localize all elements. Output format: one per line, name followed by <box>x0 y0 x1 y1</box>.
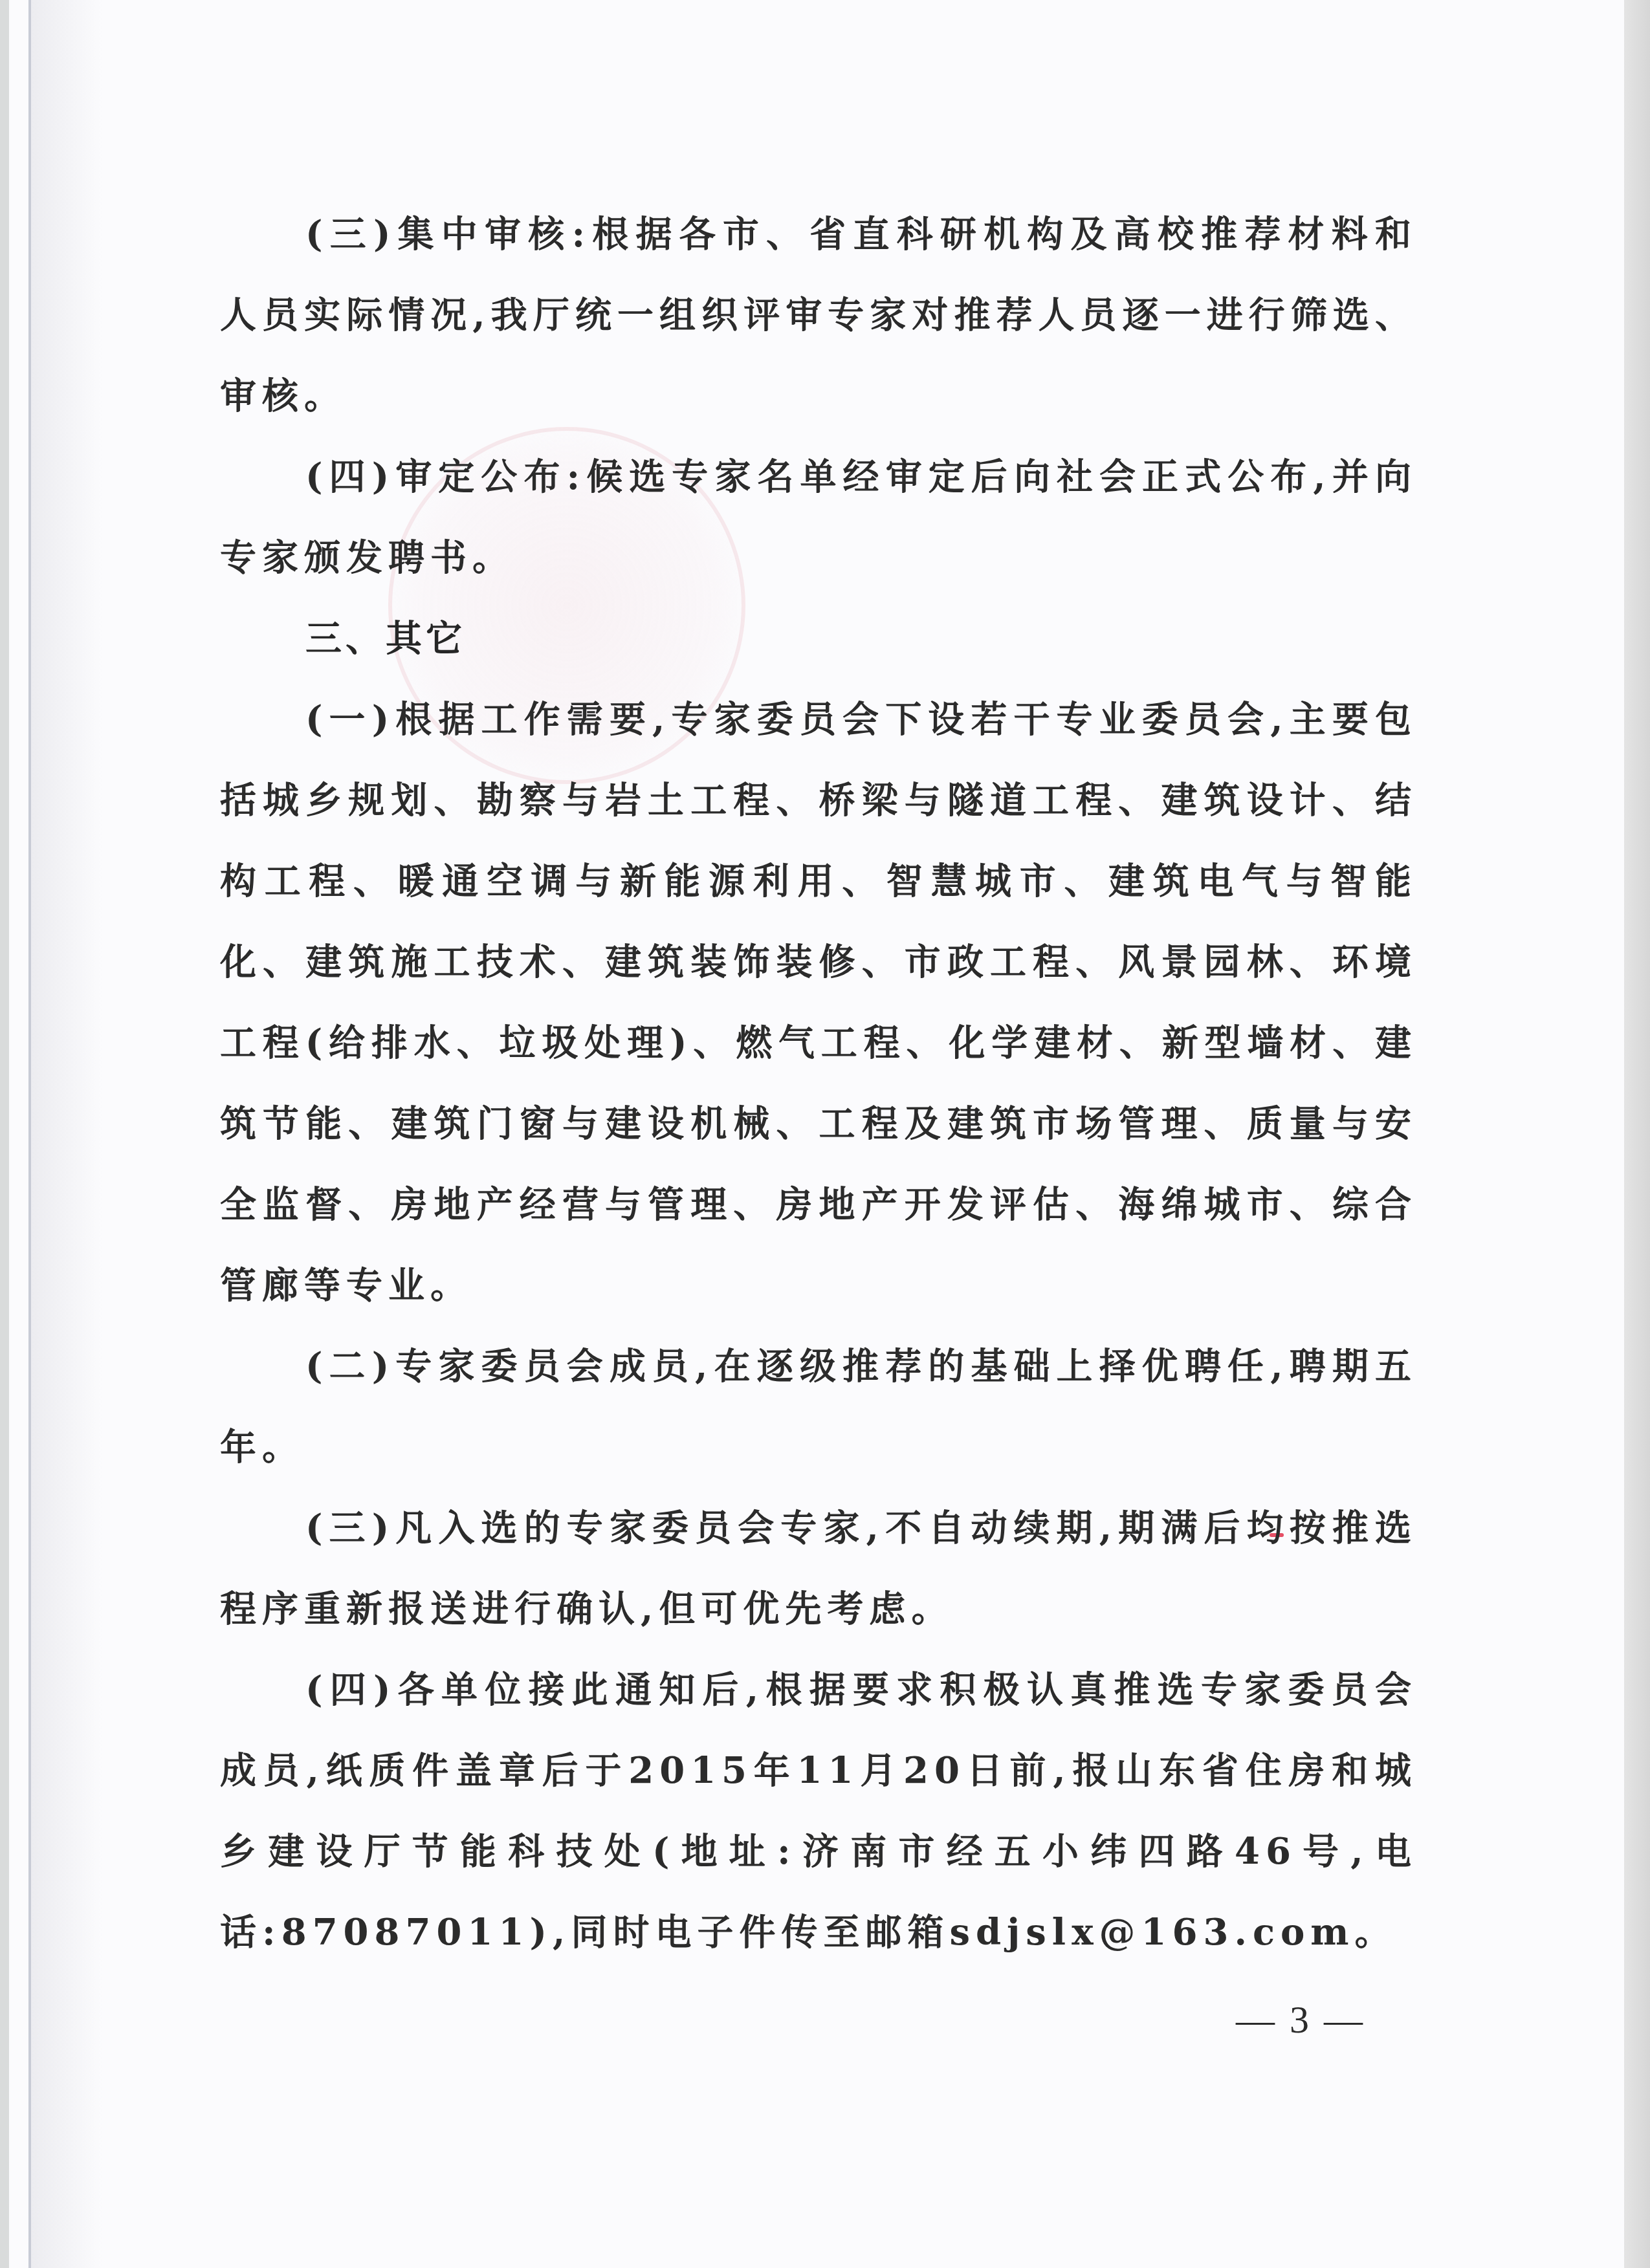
section-heading-other: 三、其它 <box>220 598 1417 679</box>
paragraph-approval-publication: (四)审定公布:候选专家名单经审定后向社会正式公布,并向专家颁发聘书。 <box>220 437 1417 598</box>
paragraph-centralized-review: (三)集中审核:根据各市、省直科研机构及高校推荐材料和人员实际情况,我厅统一组织… <box>220 194 1417 437</box>
page-shadow <box>31 0 102 2268</box>
other-item-submission: (四)各单位接此通知后,根据要求积极认真推选专家委员会成员,纸质件盖章后于201… <box>220 1650 1417 1973</box>
document-body: (三)集中审核:根据各市、省直科研机构及高校推荐材料和人员实际情况,我厅统一组织… <box>220 194 1417 1973</box>
page-number: — 3 — <box>1236 1998 1365 2042</box>
other-item-committees: (一)根据工作需要,专家委员会下设若干专业委员会,主要包括城乡规划、勘察与岩土工… <box>220 679 1417 1326</box>
scan-edge-left <box>0 0 9 2268</box>
scan-edge-right <box>1624 0 1650 2268</box>
other-item-term: (二)专家委员会成员,在逐级推荐的基础上择优聘任,聘期五年。 <box>220 1326 1417 1488</box>
other-item-renewal: (三)凡入选的专家委员会专家,不自动续期,期满后均按推选程序重新报送进行确认,但… <box>220 1488 1417 1650</box>
